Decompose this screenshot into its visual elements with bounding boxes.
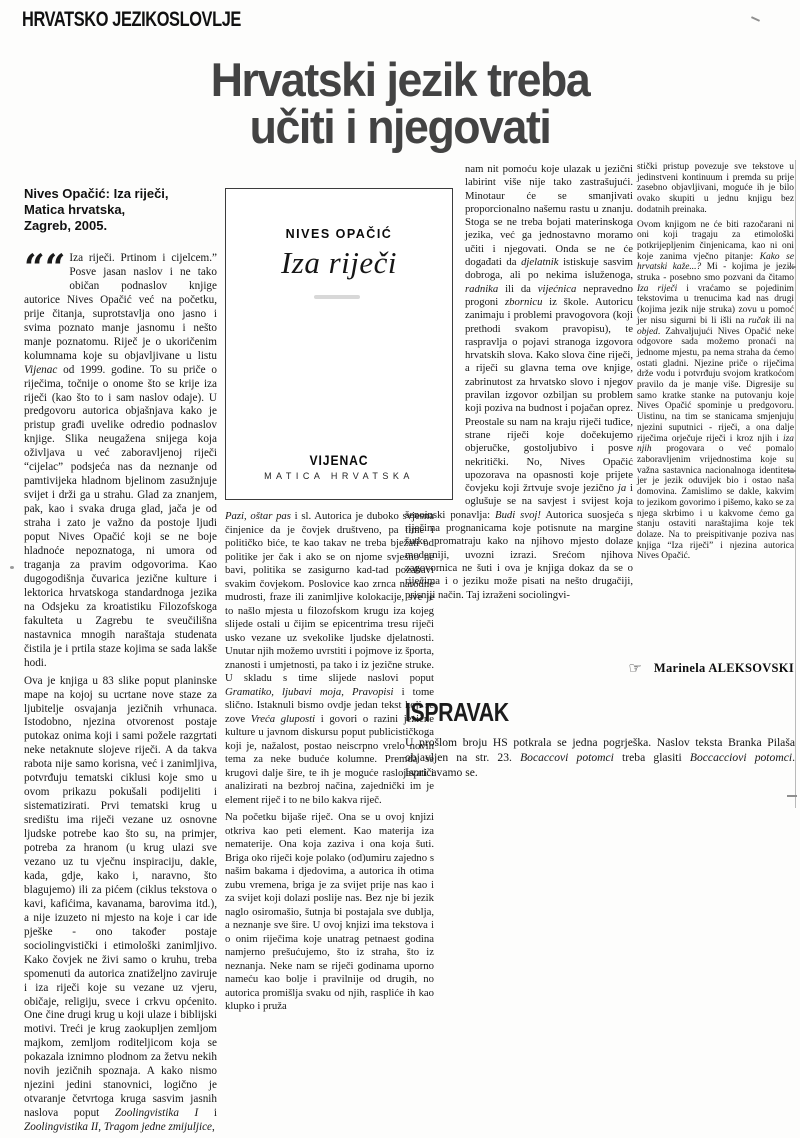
scan-artifact (10, 566, 14, 569)
opening-quote-mark: ““ (24, 252, 69, 280)
correction-body: U prošlom broju HS potkrala se jedna pog… (405, 735, 795, 781)
article-column-4: stički pristup povezuje sve tekstove u j… (637, 162, 794, 566)
newspaper-page: HRVATSKO JEZIKOSLOVLJE Hrvatski jezik tr… (0, 0, 800, 1138)
pointing-hand-icon: ☞ (628, 659, 641, 677)
article-paragraph: Pazi, oštar pas i sl. Autorica je duboko… (225, 510, 434, 807)
book-citation: Nives Opačić: Iza riječi, Matica hrvatsk… (24, 186, 224, 234)
scan-artifact (789, 470, 796, 472)
article-title: Hrvatski jezik treba učiti i njegovati (20, 56, 780, 150)
correction-heading: ISPRAVAK (405, 698, 725, 726)
article-paragraph: stički pristup povezuje sve tekstove u j… (637, 162, 794, 216)
article-column-2: Pazi, oštar pas i sl. Autorica je duboko… (225, 510, 434, 1018)
author-signature-name: Marinela ALEKSOVSKI (654, 661, 794, 676)
citation-line-year: Zagreb, 2005. (24, 218, 224, 234)
author-signature: ☞ Marinela ALEKSOVSKI (598, 659, 794, 677)
article-title-line2: učiti i njegovati (250, 100, 551, 153)
article-title-line1: Hrvatski jezik treba (211, 53, 590, 106)
article-paragraph: Ova je knjiga u 83 slike poput planinske… (24, 675, 217, 1135)
scan-artifact (787, 795, 797, 797)
citation-line-author: Nives Opačić: Iza riječi, (24, 186, 224, 202)
scan-artifact (788, 266, 796, 268)
correction-section: ISPRAVAK U prošlom broju HS potkrala se … (405, 698, 795, 781)
section-kicker: HRVATSKO JEZIKOSLOVLJE (22, 8, 241, 32)
scan-smudge (314, 295, 360, 299)
article-paragraph: Ovom knjigom ne će biti razočarani ni on… (637, 220, 794, 563)
article-column-3: nam nit pomoću koje ulazak u jezični lab… (405, 163, 633, 606)
scan-edge-line (795, 160, 796, 808)
column-indent-spacer (405, 163, 465, 508)
citation-line-publisher: Matica hrvatska, (24, 202, 224, 218)
article-paragraph: Na početku bijaše riječ. Ona se u ovoj k… (225, 811, 434, 1014)
paragraph-text: Iza riječi. Prtinom i cijelcem.” Posve j… (24, 252, 217, 669)
article-paragraph: ““Iza riječi. Prtinom i cijelcem.” Posve… (24, 252, 217, 671)
scan-artifact (751, 16, 760, 22)
article-column-1: ““Iza riječi. Prtinom i cijelcem.” Posve… (24, 252, 217, 1138)
